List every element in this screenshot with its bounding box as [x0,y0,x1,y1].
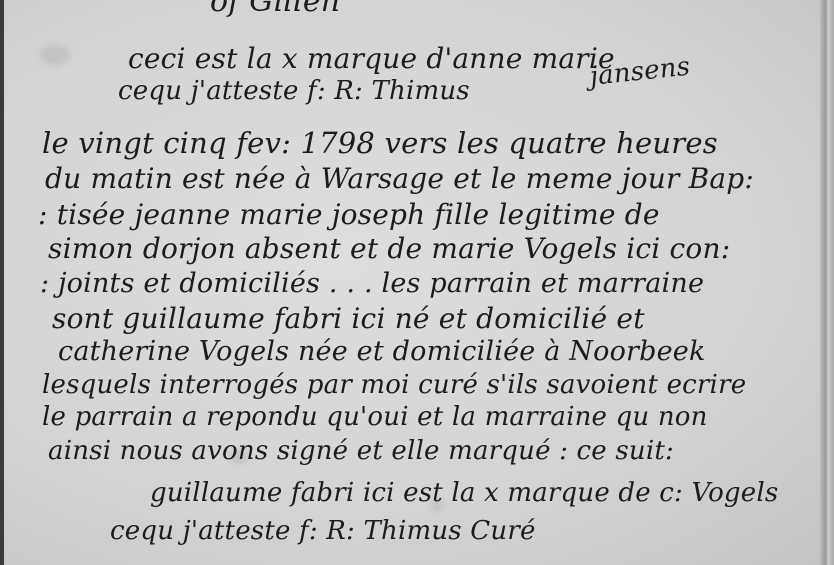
signature-line: guillaume fabri ici est la x marque de c… [150,478,778,508]
handwritten-line: : joints et domiciliés . . . les parrain… [40,268,704,299]
handwritten-line: : tisée jeanne marie joseph fille legiti… [38,198,660,231]
signature-line: cequ j'atteste f: R: Thimus Curé [110,516,536,546]
page-left-edge [0,0,4,565]
handwritten-line: simon dorjon absent et de marie Vogels i… [48,232,730,265]
handwritten-line: le parrain a repondu qu'oui et la marrai… [42,402,708,432]
handwritten-line: le vingt cinq fev: 1798 vers les quatre … [42,126,718,160]
handwritten-line: cequ j'atteste f: R: Thimus [118,76,470,106]
header-fragment: of Gillen [210,0,340,19]
handwritten-line: catherine Vogels née et domiciliée à Noo… [58,336,706,367]
handwritten-line: ainsi nous avons signé et elle marqué : … [48,436,674,466]
paper-stain [40,45,70,65]
handwritten-line: du matin est née à Warsage et le meme jo… [45,162,754,195]
handwritten-line: ceci est la x marque d'anne marie [128,42,615,75]
page-binding-edge [820,0,834,565]
handwritten-line: sont guillaume fabri ici né et domicilié… [52,302,645,335]
handwritten-line: lesquels interrogés par moi curé s'ils s… [42,370,746,400]
register-page: of Gillen ceci est la x marque d'anne ma… [0,0,834,565]
